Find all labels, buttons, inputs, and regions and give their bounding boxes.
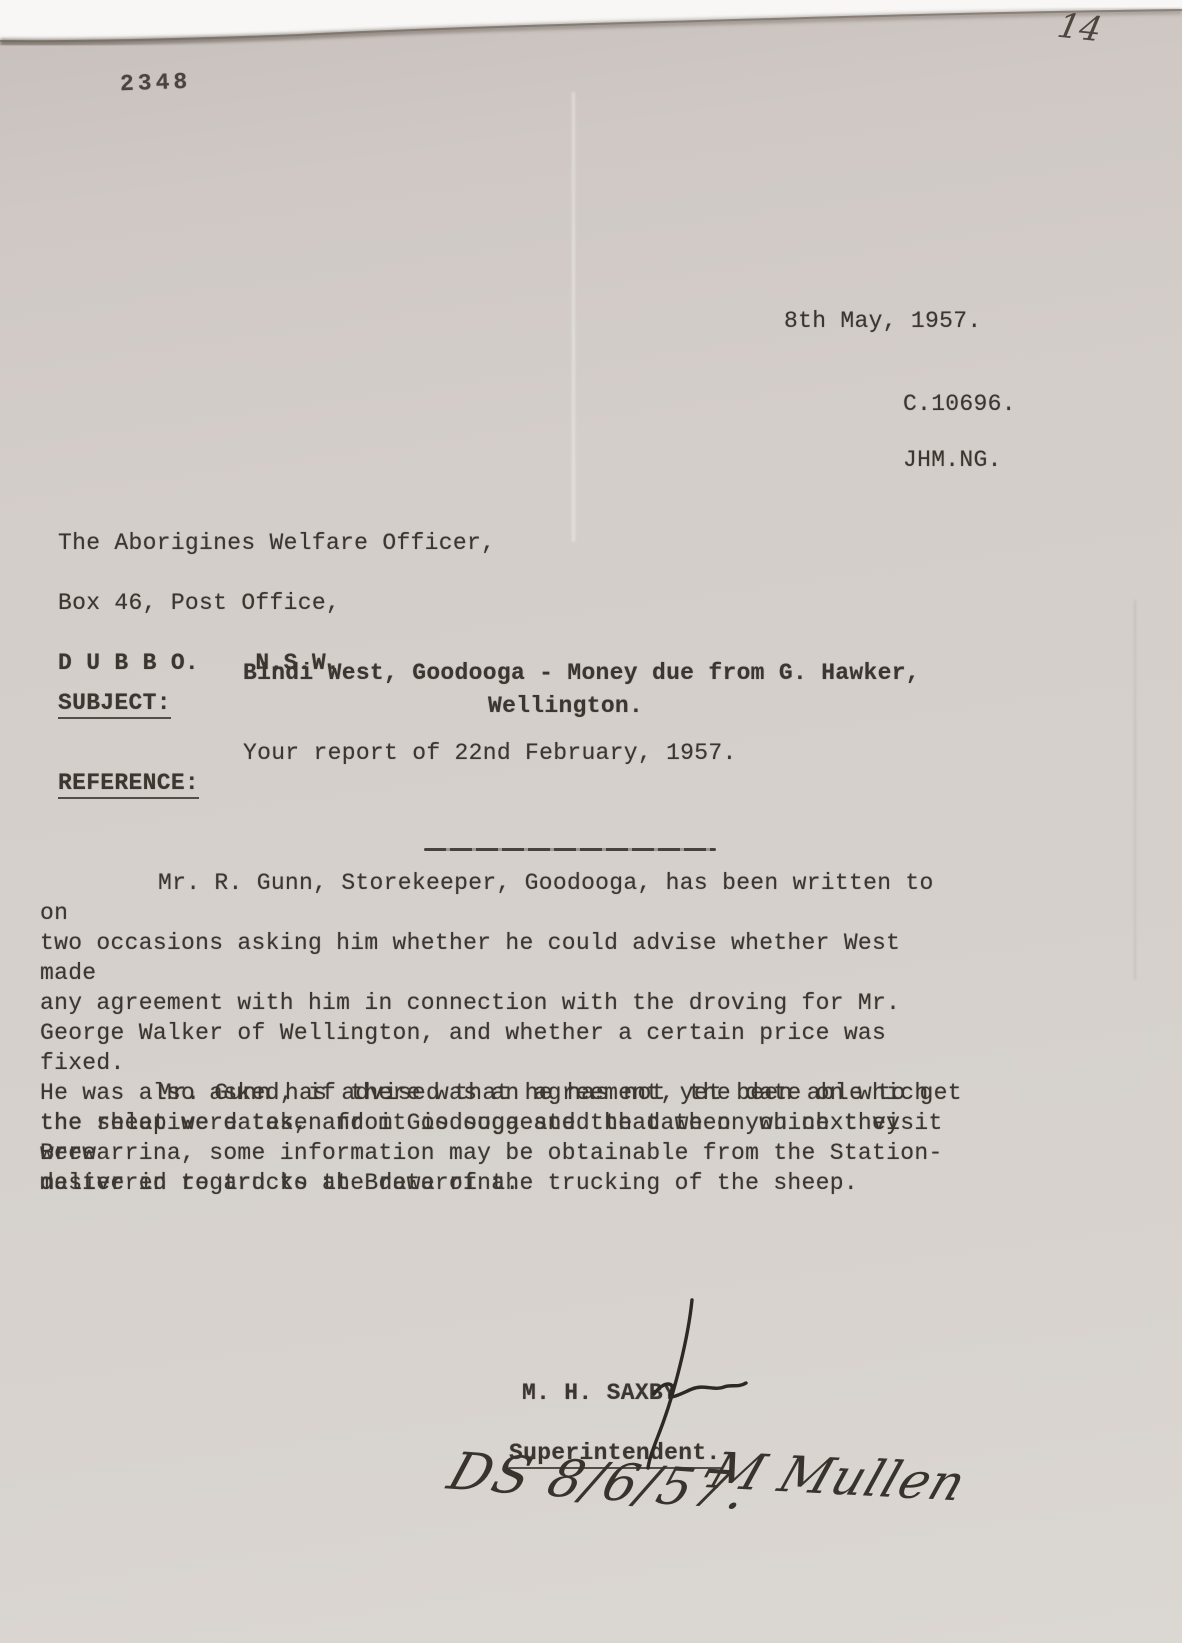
- vertical-crease-right: [1134, 600, 1136, 980]
- subject-text-line1: Bindi West, Goodooga - Money due from G.…: [243, 658, 920, 688]
- file-initials: JHM.NG.: [903, 447, 1002, 473]
- recipient-address: The Aborigines Welfare Officer, Box 46, …: [58, 498, 495, 678]
- paper-top-edge: [0, 0, 1182, 70]
- recipient-line: The Aborigines Welfare Officer,: [58, 530, 495, 556]
- recipient-line: Box 46, Post Office,: [58, 590, 340, 616]
- page-number: 14: [1054, 6, 1105, 50]
- subject-text-line2: Wellington.: [488, 691, 643, 721]
- scanned-letter-page: 14 2348 8th May, 1957. C.10696. JHM.NG. …: [0, 0, 1182, 1643]
- file-number: C.10696.: [903, 391, 1016, 417]
- reference-text: Your report of 22nd February, 1957.: [243, 738, 737, 768]
- body-paragraph-2: Mr. Gunn has advised that he has not yet…: [40, 1078, 965, 1198]
- vertical-crease: [572, 92, 575, 542]
- stamp-number: 2348: [120, 69, 192, 97]
- letter-date: 8th May, 1957.: [784, 306, 981, 336]
- subject-label: SUBJECT:: [58, 658, 171, 718]
- reference-label: REFERENCE:: [58, 738, 199, 798]
- file-reference-block: C.10696. JHM.NG.: [903, 362, 1016, 474]
- divider-rule: [424, 848, 716, 851]
